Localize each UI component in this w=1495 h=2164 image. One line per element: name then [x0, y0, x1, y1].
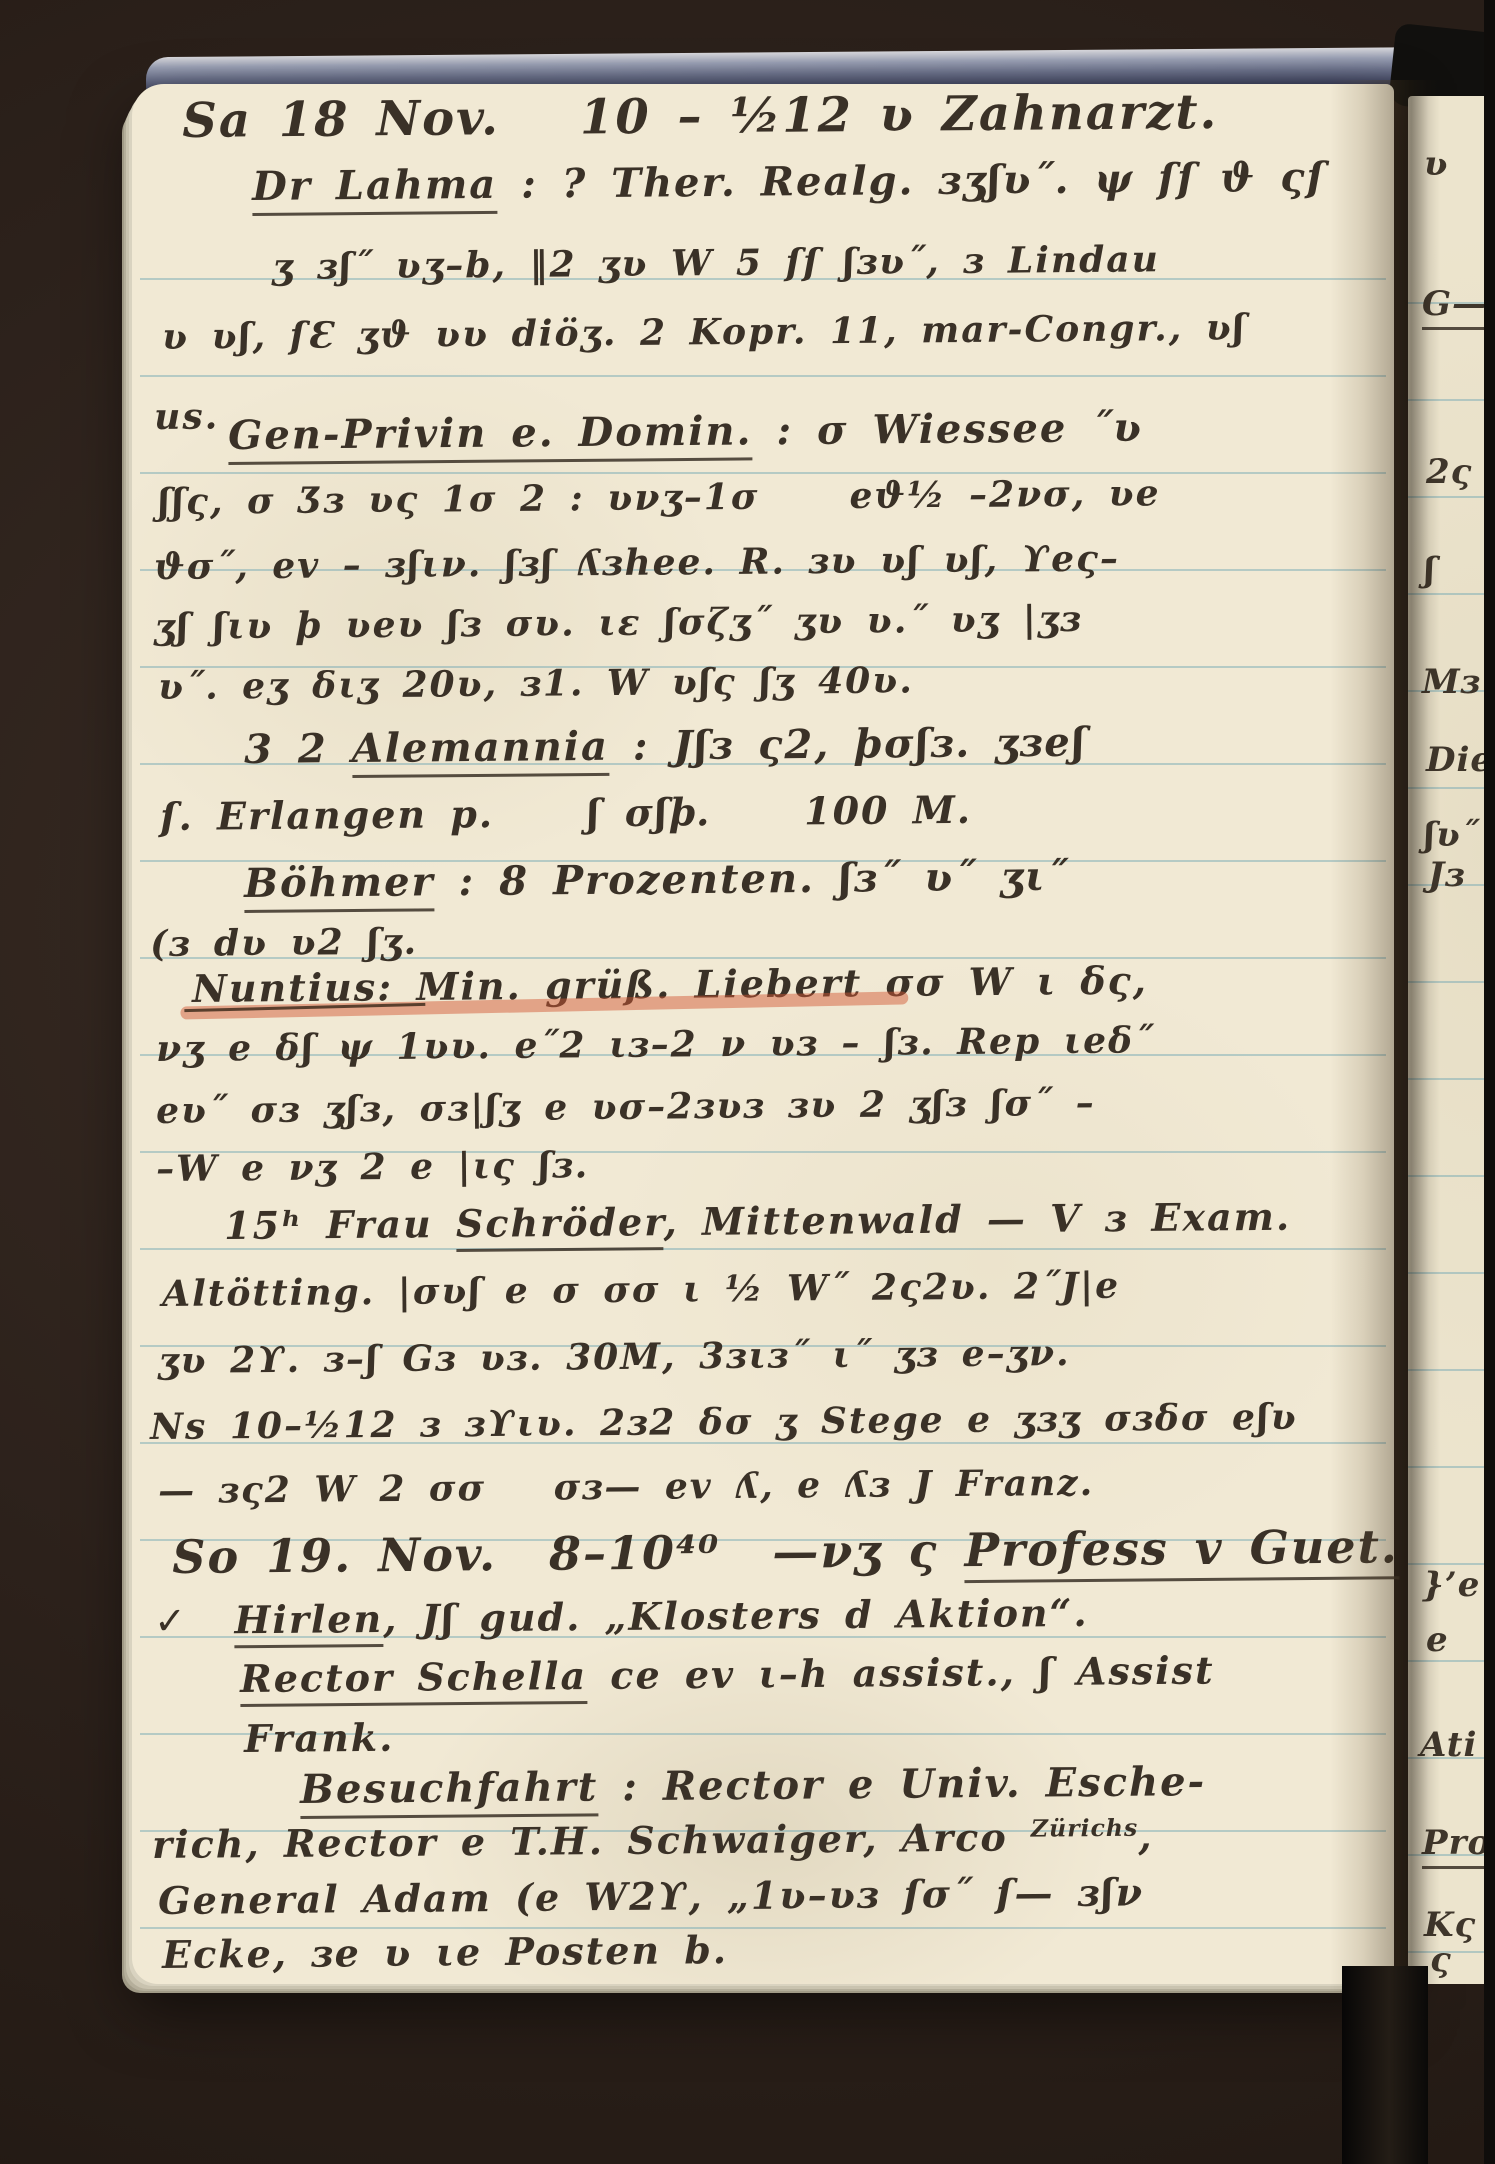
underlined-text: Schröder — [456, 1199, 664, 1252]
page-fold-gutter — [1330, 80, 1440, 1992]
handwriting-text: : ? Ther. Realg. ɜʒʃʋ˝. ψ ſſ ϑ ςſ — [497, 154, 1326, 208]
handwriting-line: Ecke, ɜe ʋ ιe Posten b. — [162, 1929, 728, 1976]
handwriting-line: General Adam (e W2ϒ, „1ʋ–ʋɜ ſσ˝ ſ— ɜʃν — [158, 1871, 1144, 1921]
handwriting-line: νʒ e δʃ ψ 1ʋʋ. e˝2 ιɜ–2 ν ʋɜ – ʃɜ. Rep ι… — [156, 1021, 1154, 1069]
handwriting-line: ϑσ˝, ev – ɜʃιν. ʃɜʃ ʎɜhee. R. ɜʋ ʋʃ ʋʃ, … — [154, 540, 1120, 588]
underlined-text: Dr Lahma — [252, 161, 498, 216]
handwriting-text: , Jʃ gud. „Klosters d Aktion“. — [383, 1590, 1089, 1641]
handwriting-text: : Rector e Univ. Esche- — [598, 1758, 1206, 1810]
handwriting-line: Besuchfahrt : Rector e Univ. Esche- — [300, 1760, 1206, 1812]
handwriting-line: Nuntius: Min. grüß. Liebert σσ W ι δς, — [192, 960, 1148, 1010]
right-edge-strip — [1484, 0, 1495, 2164]
handwriting-text: νʒ e δʃ ψ 1ʋʋ. e˝2 ιɜ–2 ν ʋɜ – ʃɜ. Rep ι… — [156, 1019, 1154, 1070]
handwriting-line: Rector Schella ce ev ι–h assist., ʃ Assi… — [240, 1649, 1215, 1699]
notebook-photo: Sa 18 Nov. 10 – ½12 ʋ Zahnarzt.Dr Lahma … — [0, 0, 1495, 2164]
handwriting-text: 15ʰ Frau — [224, 1201, 456, 1248]
handwriting-line: 15ʰ Frau Schröder, Mittenwald — V ɜ Exam… — [224, 1196, 1291, 1247]
handwriting-line: So 19. Nov. 8–10⁴⁰ —νʒ ς Profess v Guet. — [172, 1521, 1399, 1582]
underlined-text: Böhmer — [244, 858, 435, 913]
handwriting-line: Böhmer : 8 Prozenten. ʃɜ˝ ʋ˝ ʒι˝ — [244, 855, 1068, 906]
handwriting-line: Altötting. |σʋʃ e σ σσ ι ½ W˝ 2ς2ʋ. 2˝J|… — [162, 1267, 1120, 1315]
handwriting-line: Gen-Privin e. Domin. : σ Wiessee ˝ʋ — [228, 406, 1143, 458]
handwriting-text: : 8 Prozenten. ʃɜ˝ ʋ˝ ʒι˝ — [434, 853, 1068, 906]
handwriting-text: , — [1138, 1813, 1154, 1858]
handwriting-line: ʃʃς, σ Ʒɜ ʋς 1σ 2 : ʋνʒ–1σ eϑ½ –2νσ, ʋe — [158, 474, 1161, 522]
underlined-text: Rector Schella — [240, 1653, 587, 1707]
underlined-text: Gen-Privin e. Domin. — [228, 407, 753, 465]
handwriting-line: us. — [154, 397, 219, 437]
handwriting-text: ce ev ι–h assist., ʃ Assist — [587, 1647, 1215, 1697]
underlined-text: Alemannia — [351, 723, 609, 778]
handwriting-text: ϑσ˝, ev – ɜʃιν. ʃɜʃ ʎɜhee. R. ɜʋ ʋʃ ʋʃ, … — [154, 538, 1120, 588]
handwriting-text: ʒʋ 2ϒ. ɜ–ʃ Gɜ ʋɜ. 30M, 3ɜιɜ˝ ι˝ ʒɜ e–ʒν. — [158, 1332, 1071, 1382]
handwriting-text: So 19. Nov. 8–10⁴⁰ —νʒ ς — [172, 1523, 965, 1584]
handwriting-line: ſ. Erlangen p. ʃ σʃþ. 100 M. — [160, 789, 972, 838]
handwriting-line: Sa 18 Nov. 10 – ½12 ʋ Zahnarzt. — [182, 86, 1218, 148]
handwriting-text: ʒ ɜʃ˝ ʋʒ–b, ‖2 ʒʋ W 5 ſſ ʃɜʋ˝, ɜ Lindau — [272, 238, 1160, 288]
handwriting-text: eʋ˝ σɜ ʒʃɜ, σɜ|ʃʒ e ʋσ–2ɜʋɜ ɜʋ 2 ʒʃɜ ʃσ˝… — [156, 1082, 1096, 1132]
handwriting-line: eʋ˝ σɜ ʒʃɜ, σɜ|ʃʒ e ʋσ–2ɜʋɜ ɜʋ 2 ʒʃɜ ʃσ˝… — [156, 1084, 1096, 1132]
handwriting-line: –W e νʒ 2 e |ις ʃɜ. — [156, 1146, 589, 1189]
handwriting-text: –W e νʒ 2 e |ις ʃɜ. — [156, 1144, 589, 1190]
red-underlined-text: Nuntius: Min. grüß. Liebert — [192, 960, 862, 1011]
handwriting-line: Frank. — [244, 1717, 394, 1760]
handwriting-text: ſ. Erlangen p. ʃ σʃþ. 100 M. — [160, 787, 972, 839]
handwriting-text: General Adam (e W2ϒ, „1ʋ–ʋɜ ſσ˝ ſ— ɜʃν — [158, 1869, 1144, 1923]
superscript-text: Zürichs — [1031, 1814, 1139, 1843]
main-page: Sa 18 Nov. 10 – ½12 ʋ Zahnarzt.Dr Lahma … — [132, 84, 1394, 1984]
handwriting-line: ʒ ɜʃ˝ ʋʒ–b, ‖2 ʒʋ W 5 ſſ ʃɜʋ˝, ɜ Lindau — [272, 240, 1160, 287]
handwriting-line: — ɜς2 W 2 σσ σɜ— ev ʎ, e ʎɜ J Franz. — [158, 1464, 1094, 1512]
handwriting-line: ✓ Hirlen, Jʃ gud. „Klosters d Aktion“. — [154, 1592, 1089, 1642]
handwriting-text: ✓ — [154, 1597, 235, 1643]
handwriting-line: ʋ˝. eʒ διʒ 20ʋ, ɜ1. W ʋʃς ʃʒ 40ʋ. — [158, 661, 914, 707]
handwriting-text: 3 2 — [244, 725, 352, 773]
handwriting-line: ʒʃ ʃιʋ þ ʋeʋ ʃɜ σʋ. ιε ʃσζʒ˝ ʒʋ ʋ.˝ ʋʒ |… — [154, 600, 1083, 648]
handwriting-line: (ɜ dʋ ʋ2 ʃʒ. — [150, 923, 418, 965]
handwriting-text: , Mittenwald — V ɜ Exam. — [663, 1194, 1291, 1244]
spine-strip — [1342, 1966, 1428, 2164]
handwriting-text: Altötting. |σʋʃ e σ σσ ι ½ W˝ 2ς2ʋ. 2˝J|… — [162, 1265, 1120, 1315]
underlined-text: Besuchfahrt — [300, 1763, 599, 1819]
handwriting-text: Sa 18 Nov. 10 – ½12 ʋ Zahnarzt. — [182, 84, 1219, 149]
handwriting-text: : σ Wiessee ˝ʋ — [752, 404, 1143, 454]
handwriting-text: rich, Rector e T.H. Schwaiger, Arco — [152, 1814, 1031, 1867]
handwriting-text: ʒʃ ʃιʋ þ ʋeʋ ʃɜ σʋ. ιε ʃσζʒ˝ ʒʋ ʋ.˝ ʋʒ |… — [154, 598, 1083, 648]
handwriting-text: ʋ˝. eʒ διʒ 20ʋ, ɜ1. W ʋʃς ʃʒ 40ʋ. — [158, 659, 914, 708]
handwriting-text: Ecke, ɜe ʋ ιe Posten b. — [162, 1927, 728, 1977]
handwriting-line: rich, Rector e T.H. Schwaiger, Arco Züri… — [152, 1815, 1154, 1866]
handwriting-text: Frank. — [244, 1715, 395, 1761]
handwriting-text: us. — [154, 395, 219, 438]
handwriting-line: Dr Lahma : ? Ther. Realg. ɜʒʃʋ˝. ψ ſſ ϑ … — [252, 156, 1326, 209]
handwriting-text: (ɜ dʋ ʋ2 ʃʒ. — [150, 921, 418, 965]
handwriting-text: : Jʃɜ ς2, þσʃɜ. ʒɜeʃ — [609, 719, 1087, 770]
handwriting-line: ʒʋ 2ϒ. ɜ–ʃ Gɜ ʋɜ. 30M, 3ɜιɜ˝ ι˝ ʒɜ e–ʒν. — [158, 1334, 1071, 1382]
handwriting-text: ʃʃς, σ Ʒɜ ʋς 1σ 2 : ʋνʒ–1σ eϑ½ –2νσ, ʋe — [158, 472, 1161, 523]
handwriting-text: — ɜς2 W 2 σσ σɜ— ev ʎ, e ʎɜ J Franz. — [158, 1462, 1094, 1512]
underlined-text: Hirlen — [234, 1596, 383, 1648]
handwriting-line: 3 2 Alemannia : Jʃɜ ς2, þσʃɜ. ʒɜeʃ — [244, 721, 1087, 772]
